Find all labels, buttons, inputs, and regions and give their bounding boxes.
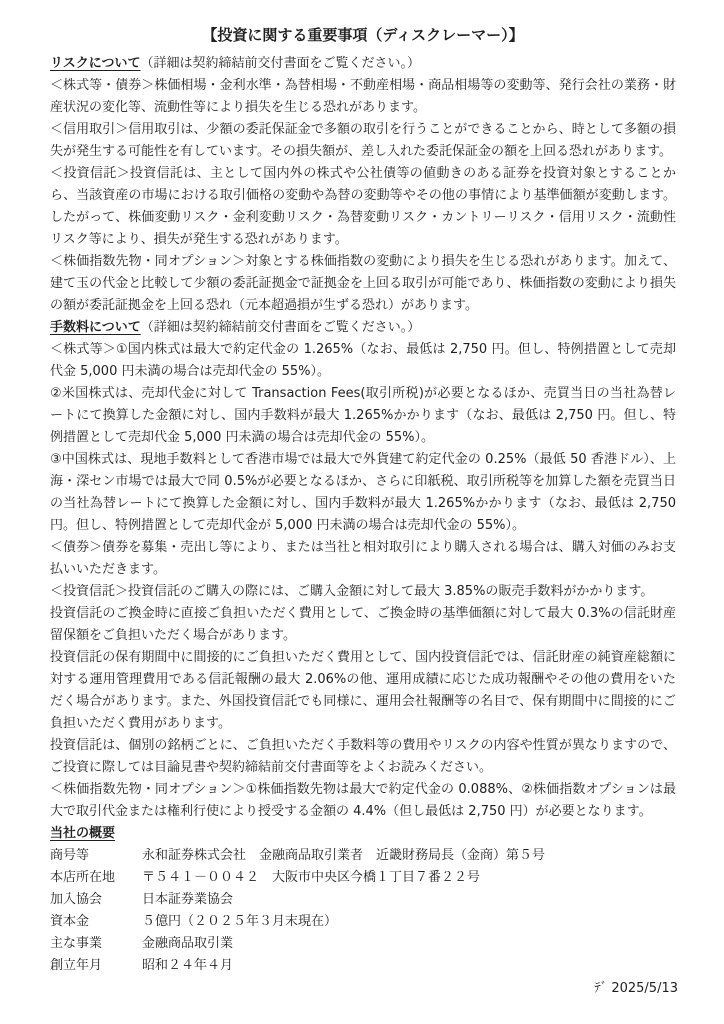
company-row-value: ５億円（２０２５年３月末現在） [142, 911, 676, 933]
company-row-value: 金融商品取引業 [142, 933, 676, 955]
fees-paragraph-china-equities: ③中国株式は、現地手数料として香港市場では最大で外貨建て約定代金の 0.25%（… [50, 449, 676, 537]
page-title: 【投資に関する重要事項（ディスクレーマー）】 [50, 24, 676, 46]
fees-section-note: （詳細は契約締結前交付書面をご覧ください。） [141, 320, 421, 335]
risk-section-heading: リスクについて [50, 56, 140, 71]
company-row-label: 商号等 [50, 845, 142, 867]
document-page: 【投資に関する重要事項（ディスクレーマー）】 リスクについて（詳細は契約締結前交… [0, 0, 724, 1024]
company-row-association: 加入協会 日本証券業協会 [50, 889, 676, 911]
company-row-label: 加入協会 [50, 889, 142, 911]
risk-paragraph-investment-trusts: ＜投資信託＞投資信託は、主として国内外の株式や公社債等の値動きのある証券を投資対… [50, 163, 676, 251]
company-row-founded: 創立年月 昭和２４年４月 [50, 955, 676, 977]
risk-section-heading-line: リスクについて（詳細は契約締結前交付書面をご覧ください。） [50, 53, 676, 75]
company-row-capital: 資本金 ５億円（２０２５年３月末現在） [50, 911, 676, 933]
company-section: 当社の概要 商号等 永和証券株式会社 金融商品取引業者 近畿財務局長（金商）第５… [50, 823, 676, 977]
footer-date: ﾃﾞ 2025/5/13 [594, 978, 678, 1000]
fees-section-heading: 手数料について [50, 320, 141, 335]
fees-section: 手数料について（詳細は契約締結前交付書面をご覧ください。） ＜株式等＞①国内株式… [50, 317, 676, 823]
fees-section-heading-line: 手数料について（詳細は契約締結前交付書面をご覧ください。） [50, 317, 676, 339]
company-row-trade-name: 商号等 永和証券株式会社 金融商品取引業者 近畿財務局長（金商）第５号 [50, 845, 676, 867]
company-row-main-business: 主な事業 金融商品取引業 [50, 933, 676, 955]
fees-paragraph-bonds: ＜債券＞債券を募集・売出し等により、または当社と相対取引により購入される場合は、… [50, 537, 676, 581]
risk-paragraph-index-futures-options: ＜株価指数先物・同オプション＞対象とする株価指数の変動により損失を生じる恐れがあ… [50, 251, 676, 317]
fees-paragraph-trust-prospectus: 投資信託は、個別の銘柄ごとに、ご負担いただく手数料等の費用やリスクの内容や性質が… [50, 735, 676, 779]
company-row-label: 本店所在地 [50, 867, 142, 889]
company-info-table: 商号等 永和証券株式会社 金融商品取引業者 近畿財務局長（金商）第５号 本店所在… [50, 845, 676, 977]
fees-paragraph-index-futures-options: ＜株価指数先物・同オプション＞①株価指数先物は最大で約定代金の 0.088%、②… [50, 779, 676, 823]
company-row-label: 主な事業 [50, 933, 142, 955]
risk-section: リスクについて（詳細は契約締結前交付書面をご覧ください。） ＜株式等・債券＞株価… [50, 53, 676, 317]
fees-paragraph-domestic-equities: ＜株式等＞①国内株式は最大で約定代金の 1.265%（なお、最低は 2,750 … [50, 339, 676, 383]
risk-paragraph-margin-trading: ＜信用取引＞信用取引は、少額の委託保証金で多額の取引を行うことができることから、… [50, 119, 676, 163]
fees-paragraph-trust-holding-costs: 投資信託の保有期間中に間接的にご負担いただく費用として、国内投資信託では、信託財… [50, 647, 676, 735]
company-row-value: 永和証券株式会社 金融商品取引業者 近畿財務局長（金商）第５号 [142, 845, 676, 867]
risk-section-note: （詳細は契約締結前交付書面をご覧ください。） [140, 56, 420, 71]
company-section-heading-line: 当社の概要 [50, 823, 676, 845]
fees-paragraph-us-equities: ②米国株式は、売却代金に対して Transaction Fees(取引所税)が必… [50, 383, 676, 449]
company-row-value: 〒５４１－００４２ 大阪市中央区今橋１丁目７番２２号 [142, 867, 676, 889]
company-row-label: 資本金 [50, 911, 142, 933]
company-row-head-office: 本店所在地 〒５４１－００４２ 大阪市中央区今橋１丁目７番２２号 [50, 867, 676, 889]
fees-paragraph-trust-purchase: ＜投資信託＞投資信託のご購入の際には、ご購入金額に対して最大 3.85%の販売手… [50, 581, 676, 603]
company-row-label: 創立年月 [50, 955, 142, 977]
risk-paragraph-equities-bonds: ＜株式等・債券＞株価相場・金利水準・為替相場・不動産相場・商品相場等の変動等、発… [50, 75, 676, 119]
company-row-value: 日本証券業協会 [142, 889, 676, 911]
company-section-heading: 当社の概要 [50, 826, 115, 841]
company-row-value: 昭和２４年４月 [142, 955, 676, 977]
fees-paragraph-trust-redemption: 投資信託のご換金時に直接ご負担いただく費用として、ご換金時の基準価額に対して最大… [50, 603, 676, 647]
